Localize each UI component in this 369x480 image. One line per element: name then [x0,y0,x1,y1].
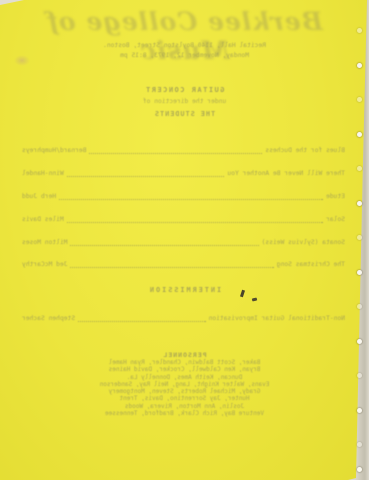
dot-leader [67,222,323,223]
program-piece: Solar [326,216,345,224]
personnel-line: Duncan, Keith Ames, Donnelly La. [0,374,369,381]
yellow-paper-sheet: Berklee College of Music Recital Hall, 1… [0,0,369,480]
personnel-line: Baker, Scott Baldwin, Chandler, Ryan Ham… [0,359,369,366]
dot-leader [71,245,259,246]
punch-hole [357,408,362,413]
paper-smudge [14,55,30,66]
dot-leader [78,321,205,322]
punch-hole [357,442,362,447]
mirrored-bleedthrough-layer: Berklee College of Music Recital Hall, 1… [0,0,369,480]
program-performer: Bernard/Humphreys [22,147,86,155]
punch-hole [357,339,362,344]
punch-hole [357,201,362,206]
program-performer: Winn-Handel [22,170,64,178]
personnel-line: Grady, Michael Roberts, Steven, Montgome… [0,388,369,395]
punch-hole [357,166,362,171]
punch-hole [357,304,362,309]
program-performer: Jed McCarthy [22,261,68,269]
program-piece: Etude [326,193,345,201]
program-piece: Non-Traditional Guitar Improvisation [209,315,345,323]
punch-hole [357,467,362,472]
program-row: Solar Miles Davis [22,216,345,224]
date-line: Monday, November 12, 1973, 8:15 pm [0,51,369,61]
direction-line: under the direction of [0,98,369,105]
program-row: There Will Never Be Another You Winn-Han… [22,170,345,178]
punch-hole [357,28,362,33]
dot-leader [89,153,262,154]
personnel-line: Venture Bay, Rich Clark, Bradford, Tenne… [0,410,369,417]
program-row: Sonata (Sylvius Weiss) Milton Moses [22,239,345,247]
punch-hole [357,63,362,68]
personnel-line: Hunter, Jay Sorrentino, Davis, Trent [0,395,369,402]
venue-line: Recital Hall, 1140 Boylston Street, Bost… [0,41,369,51]
program-performer: Herb Judd [22,193,56,201]
dot-leader [67,176,225,177]
program-performer: Milton Moses [22,239,68,247]
scanned-page: Berklee College of Music Recital Hall, 1… [0,0,369,480]
personnel-list: Baker, Scott Baldwin, Chandler, Ryan Ham… [0,359,369,417]
personnel-line: Bryan, Ken Caldwell, Crocker, David Hain… [0,366,369,373]
punch-hole [357,373,362,378]
dot-leader [59,199,323,200]
personnel-heading: PERSONNEL [0,351,369,359]
punch-hole [357,235,362,240]
page-corner-fold [0,0,24,5]
venue-date-block: Recital Hall, 1140 Boylston Street, Bost… [0,41,369,60]
dot-leader [71,267,274,268]
program-row: The Christmas Song Jed McCarthy [22,261,345,269]
intermission-label: INTERMISSION [0,286,369,294]
program-row: Blues for the Duchess Bernard/Humphreys [22,147,345,155]
program-piece: Blues for the Duchess [265,147,345,155]
program-performer: Miles Davis [22,216,64,224]
program-piece: There Will Never Be Another You [227,170,345,178]
personnel-line: Evans, Walter Knight, Lang, Neil Ray, Sa… [0,381,369,388]
program-performer: Stephen Sacher [22,315,75,323]
program-piece: Sonata (Sylvius Weiss) [262,239,345,247]
concert-heading: GUITAR CONCERT [0,86,369,94]
program-piece: The Christmas Song [277,261,345,269]
punch-hole [357,270,362,275]
punch-hole [357,97,362,102]
program-row: Etude Herb Judd [22,193,345,201]
punch-hole [357,132,362,137]
program-row-after-intermission: Non-Traditional Guitar Improvisation Ste… [22,315,345,323]
director-line: THE STUDENTS [0,110,369,118]
personnel-line: Joslin, Ann Morton, Rivera, Woods [0,403,369,410]
